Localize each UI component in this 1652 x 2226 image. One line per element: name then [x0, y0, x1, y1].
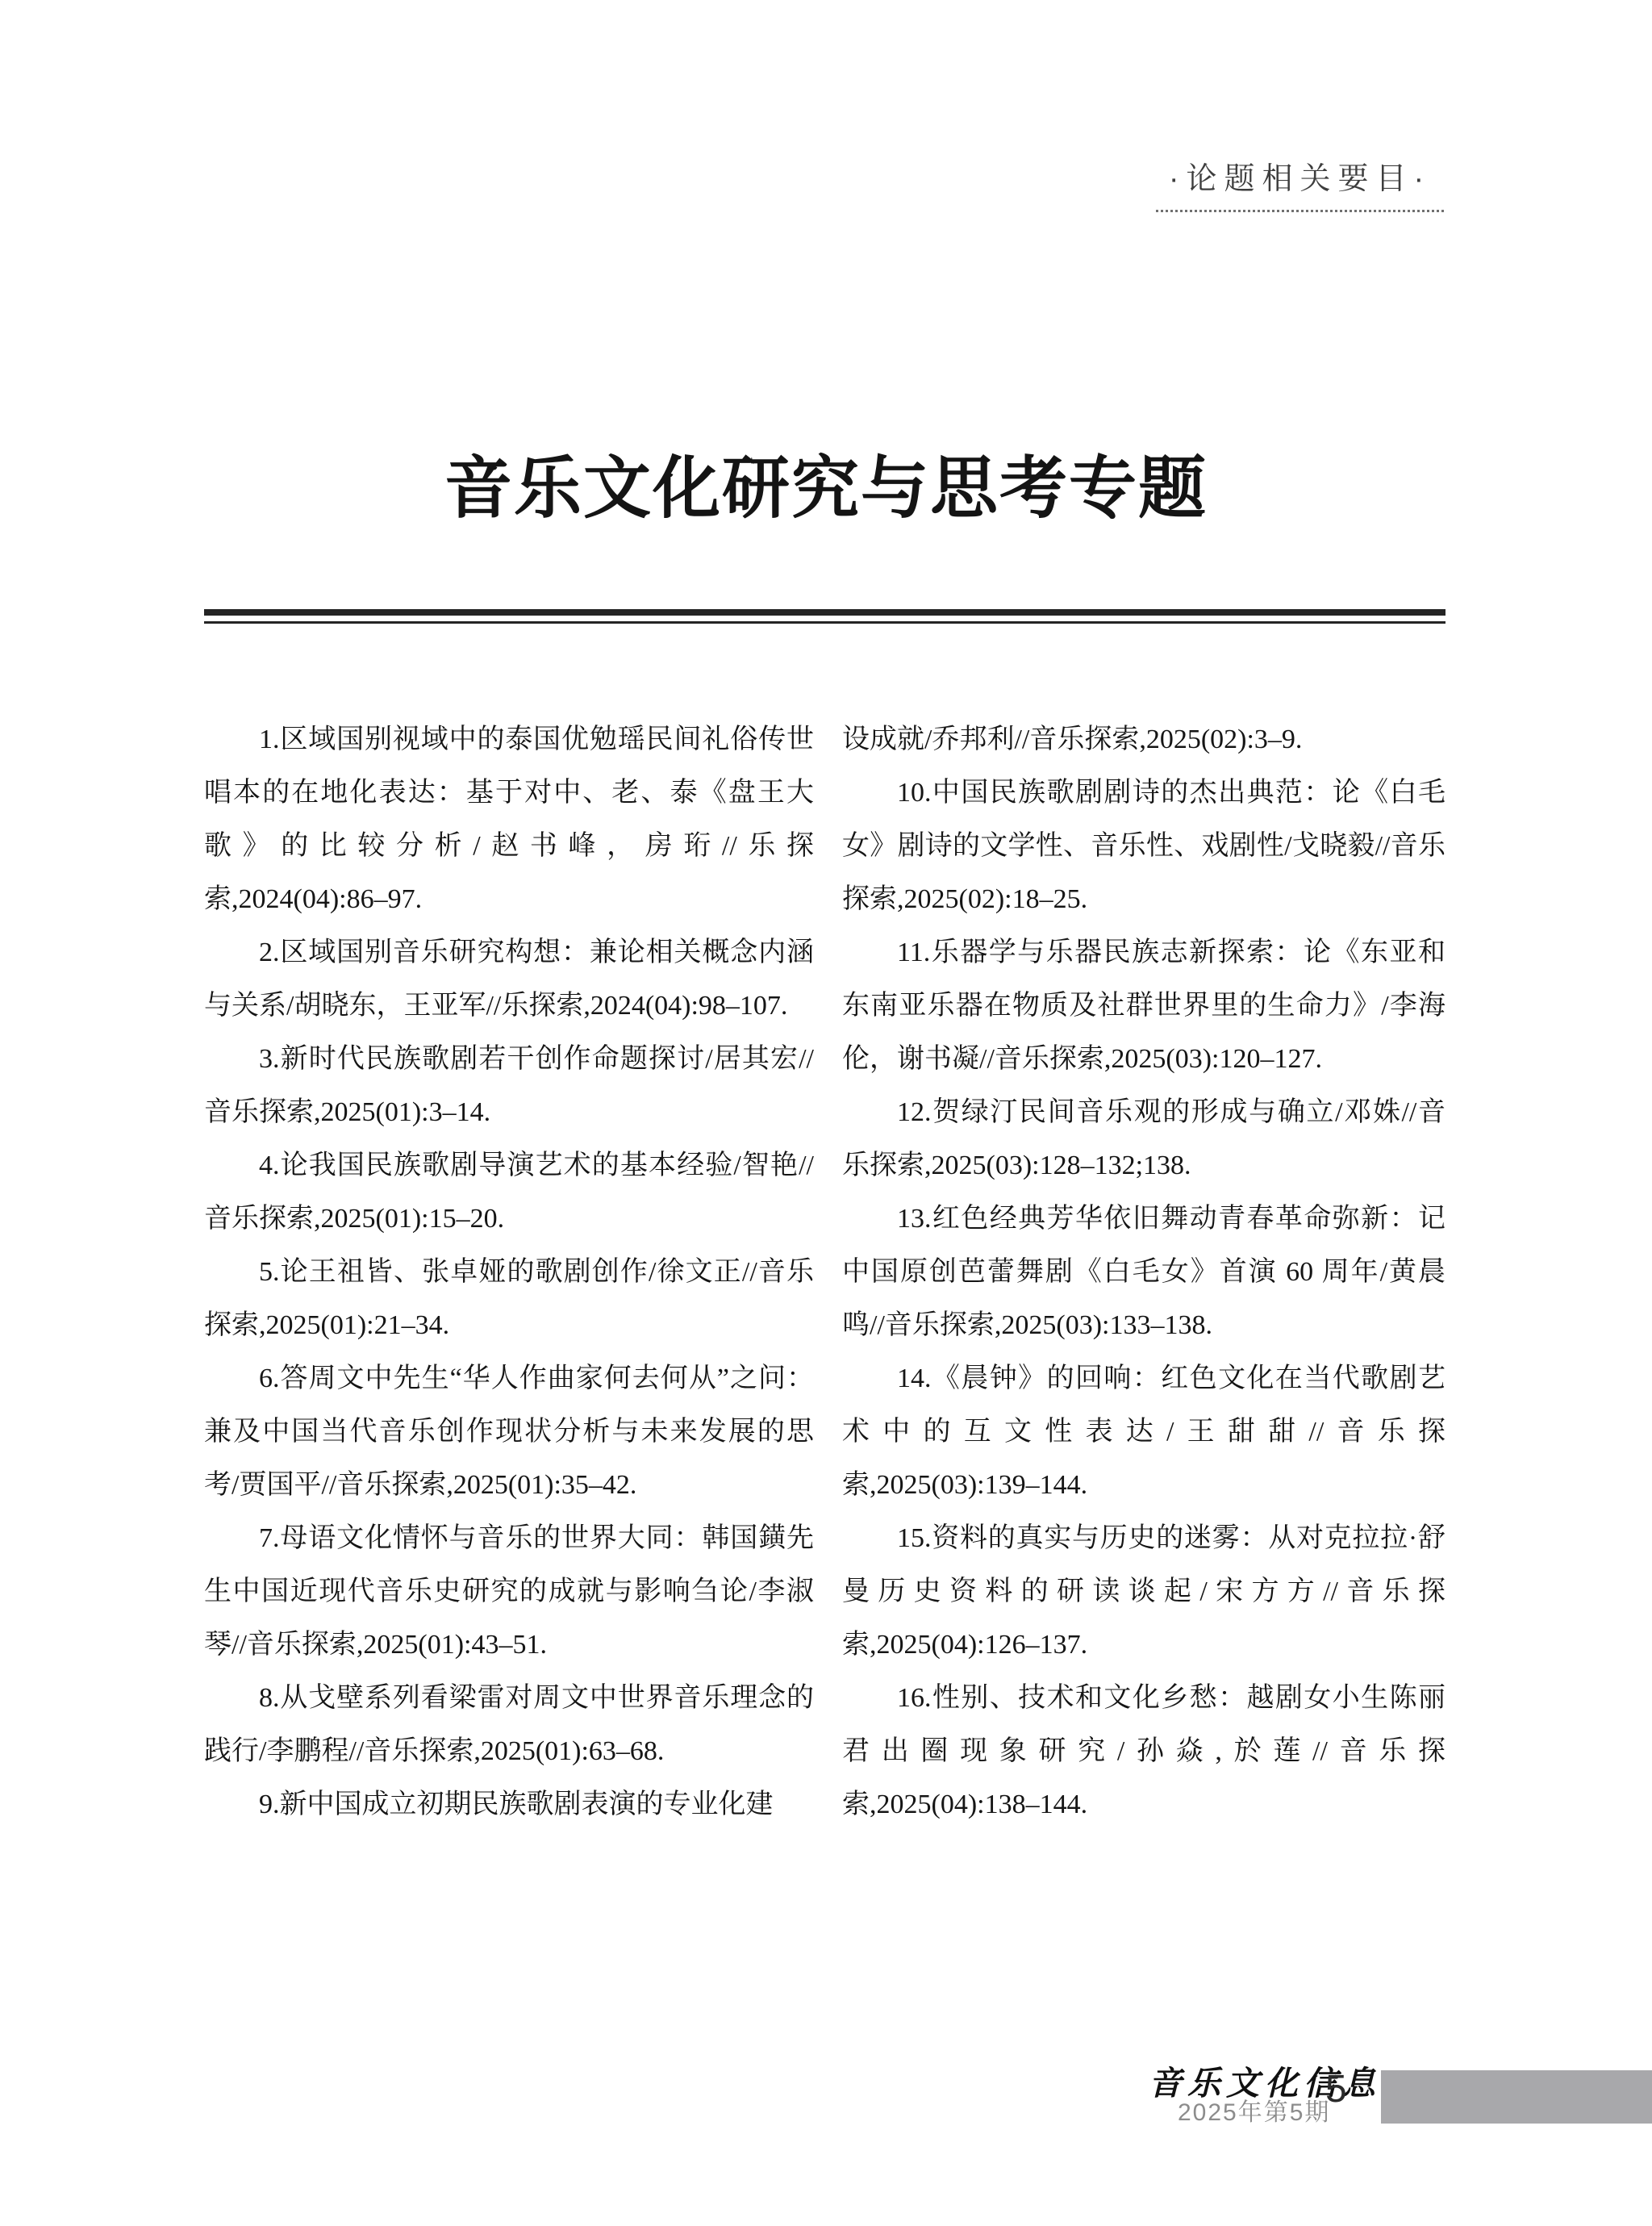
document-page: ·论题相关要目· 音乐文化研究与思考专题 1.区域国别视域中的泰国优勉瑶民间礼俗… [0, 0, 1652, 2226]
footer-color-block [1381, 2070, 1652, 2124]
bibliography-entry: 5.论王祖皆、张卓娅的歌剧创作/徐文正//音乐探索,2025(01):21–34… [204, 1246, 814, 1352]
bibliography-entry: 1.区域国别视域中的泰国优勉瑶民间礼俗传世唱本的在地化表达：基于对中、老、泰《盘… [204, 713, 814, 926]
bibliography-entry: 11.乐器学与乐器民族志新探索：论《东亚和东南亚乐器在物质及社群世界里的生命力》… [842, 926, 1445, 1086]
bibliography-entry: 4.论我国民族歌剧导演艺术的基本经验/智艳//音乐探索,2025(01):15–… [204, 1139, 814, 1246]
page-title: 音乐文化研究与思考专题 [0, 447, 1652, 532]
bibliography-entry: 6.答周文中先生“华人作曲家何去何从”之问：兼及中国当代音乐创作现状分析与未来发… [204, 1352, 814, 1512]
bibliography-entry: 8.从戈壁系列看梁雷对周文中世界音乐理念的践行/李鹏程//音乐探索,2025(0… [204, 1672, 814, 1778]
bibliography-entry: 15.资料的真实与历史的迷雾：从对克拉拉·舒曼历史资料的研读谈起/宋方方//音乐… [842, 1512, 1445, 1672]
bibliography-entry: 12.贺绿汀民间音乐观的形成与确立/邓姝//音乐探索,2025(03):128–… [842, 1086, 1445, 1192]
bibliography-entry: 16.性别、技术和文化乡愁：越剧女小生陈丽君出圈现象研究/孙焱,於莲//音乐探索… [842, 1672, 1445, 1831]
bibliography: 1.区域国别视域中的泰国优勉瑶民间礼俗传世唱本的在地化表达：基于对中、老、泰《盘… [204, 713, 1445, 1831]
bibliography-entry: 7.母语文化情怀与音乐的世界大同：韩国鐄先生中国近现代音乐史研究的成就与影响刍论… [204, 1512, 814, 1672]
issue-label: 2025年第5期 [1178, 2099, 1330, 2126]
right-column: 设成就/乔邦利//音乐探索,2025(02):3–9.10.中国民族歌剧剧诗的杰… [842, 713, 1445, 1831]
page-number: 5 [1325, 2070, 1347, 2109]
bibliography-entry: 14.《晨钟》的回响：红色文化在当代歌剧艺术中的互文性表达/王甜甜//音乐探索,… [842, 1352, 1445, 1512]
bibliography-entry: 2.区域国别音乐研究构想：兼论相关概念内涵与关系/胡晓东，王亚军//乐探索,20… [204, 926, 814, 1033]
bibliography-entry: 9.新中国成立初期民族歌剧表演的专业化建 [204, 1778, 814, 1831]
section-header: ·论题相关要目· [1156, 160, 1444, 212]
title-divider [204, 609, 1445, 624]
left-column: 1.区域国别视域中的泰国优勉瑶民间礼俗传世唱本的在地化表达：基于对中、老、泰《盘… [204, 713, 814, 1831]
bibliography-entry: 3.新时代民族歌剧若干创作命题探讨/居其宏//音乐探索,2025(01):3–1… [204, 1033, 814, 1139]
bibliography-entry: 10.中国民族歌剧剧诗的杰出典范：论《白毛女》剧诗的文学性、音乐性、戏剧性/戈晓… [842, 766, 1445, 926]
bibliography-entry: 13.红色经典芳华依旧舞动青春革命弥新：记中国原创芭蕾舞剧《白毛女》首演 60 … [842, 1192, 1445, 1352]
bibliography-entry: 设成就/乔邦利//音乐探索,2025(02):3–9. [842, 713, 1445, 766]
